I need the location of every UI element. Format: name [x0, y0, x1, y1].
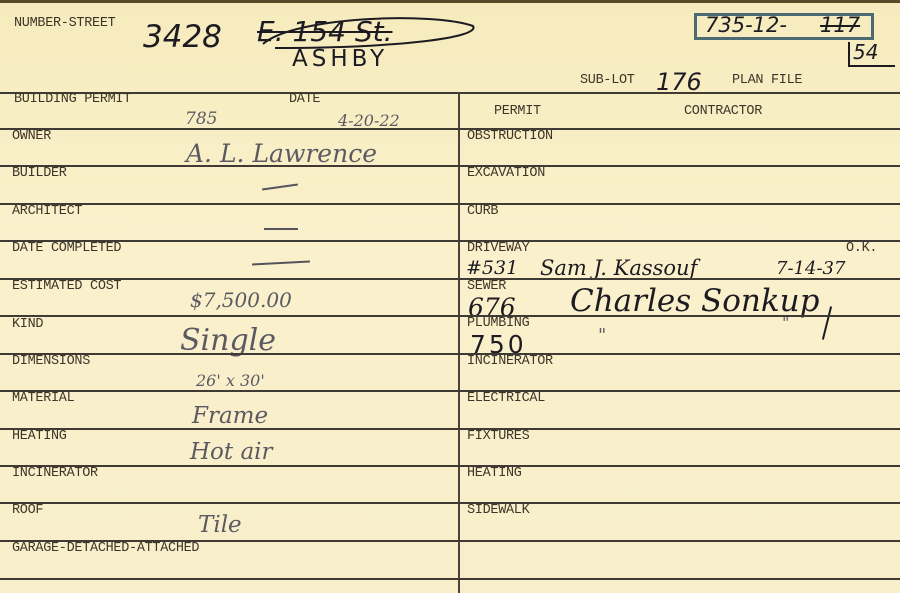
- street-name: ASHBY: [292, 48, 388, 71]
- builder-dash: [262, 184, 298, 191]
- incinerator-label: INCINERATOR: [12, 467, 98, 481]
- rule-line: [0, 203, 900, 205]
- driveway-status: O.K.: [846, 242, 877, 256]
- excavation-label: EXCAVATION: [467, 167, 545, 181]
- builder-label: BUILDER: [12, 167, 67, 181]
- file-number-correction: 54: [853, 42, 878, 62]
- date-completed-dash: [252, 260, 310, 265]
- correction-bracket-h: [848, 65, 895, 67]
- date-label: DATE: [289, 93, 320, 107]
- electrical-label: ELECTRICAL: [467, 392, 545, 406]
- rule-line: [0, 315, 900, 317]
- sublot-value: 176: [656, 70, 702, 94]
- rule-line: [0, 540, 900, 542]
- sidewalk-label: SIDEWALK: [467, 504, 529, 518]
- incinerator-contractor-ditto: ": [598, 327, 606, 345]
- architect-label: ARCHITECT: [12, 205, 82, 219]
- column-divider: [458, 92, 460, 593]
- heating-value: Hot air: [190, 441, 273, 464]
- rule-line: [0, 278, 900, 280]
- rule-line: [0, 128, 900, 130]
- date-value: 4-20-22: [338, 113, 400, 129]
- rule-line: [0, 465, 900, 467]
- sewer-permit: #531: [466, 259, 518, 278]
- material-label: MATERIAL: [12, 392, 74, 406]
- sublot-label: SUB-LOT: [580, 74, 635, 88]
- number-street-label: NUMBER-STREET: [14, 17, 115, 31]
- obstruction-label: OBSTRUCTION: [467, 130, 553, 144]
- driveway-label: DRIVEWAY: [467, 242, 529, 256]
- contractor-header: CONTRACTOR: [684, 105, 762, 119]
- fixtures-label: FIXTURES: [467, 430, 529, 444]
- material-value: Frame: [192, 405, 268, 428]
- building-permit-value: 785: [185, 111, 217, 128]
- file-number-struck: 117: [820, 15, 860, 36]
- roof-value: Tile: [198, 514, 242, 537]
- owner-label: OWNER: [12, 130, 51, 144]
- estimated-cost-value: $7,500.00: [190, 290, 292, 310]
- roof-label: ROOF: [12, 504, 43, 518]
- date-completed-label: DATE COMPLETED: [12, 242, 121, 256]
- garage-label: GARAGE-DETACHED-ATTACHED: [12, 542, 199, 556]
- sewer-label: SEWER: [467, 280, 506, 294]
- incinerator-date-ditto: ": [782, 315, 789, 331]
- rule-line: [0, 353, 900, 355]
- rule-line: [0, 390, 900, 392]
- ditto-stroke: [822, 306, 832, 339]
- estimated-cost-label: ESTIMATED COST: [12, 280, 121, 294]
- card-top-edge: [0, 0, 900, 3]
- permit-header: PERMIT: [494, 105, 541, 119]
- rule-line: [0, 578, 900, 580]
- plan-file-label: PLAN FILE: [732, 74, 802, 88]
- correction-bracket-v: [848, 42, 850, 66]
- dimensions-value: 26' x 30': [196, 373, 265, 389]
- sewer-contractor: Sam J. Kassouf: [540, 258, 697, 279]
- kind-label: KIND: [12, 318, 43, 332]
- rule-line: [0, 165, 900, 167]
- rule-line: [0, 240, 900, 242]
- rule-line: [0, 428, 900, 430]
- owner-value: A. L. Lawrence: [186, 141, 377, 166]
- architect-dash: [264, 228, 298, 230]
- permit-card: NUMBER-STREET 3428 E. 154 St. ASHBY 735-…: [0, 0, 900, 593]
- sewer-date: 7-14-37: [776, 260, 845, 278]
- heating-right-label: HEATING: [467, 467, 522, 481]
- rule-line: [0, 92, 900, 94]
- dimensions-label: DIMENSIONS: [12, 355, 90, 369]
- kind-value: Single: [180, 326, 276, 356]
- building-permit-label: BUILDING PERMIT: [14, 93, 131, 107]
- rule-line: [0, 502, 900, 504]
- heating-label: HEATING: [12, 430, 67, 444]
- file-number: 735-12-: [705, 15, 787, 36]
- curb-label: CURB: [467, 205, 498, 219]
- address-number: 3428: [143, 22, 222, 53]
